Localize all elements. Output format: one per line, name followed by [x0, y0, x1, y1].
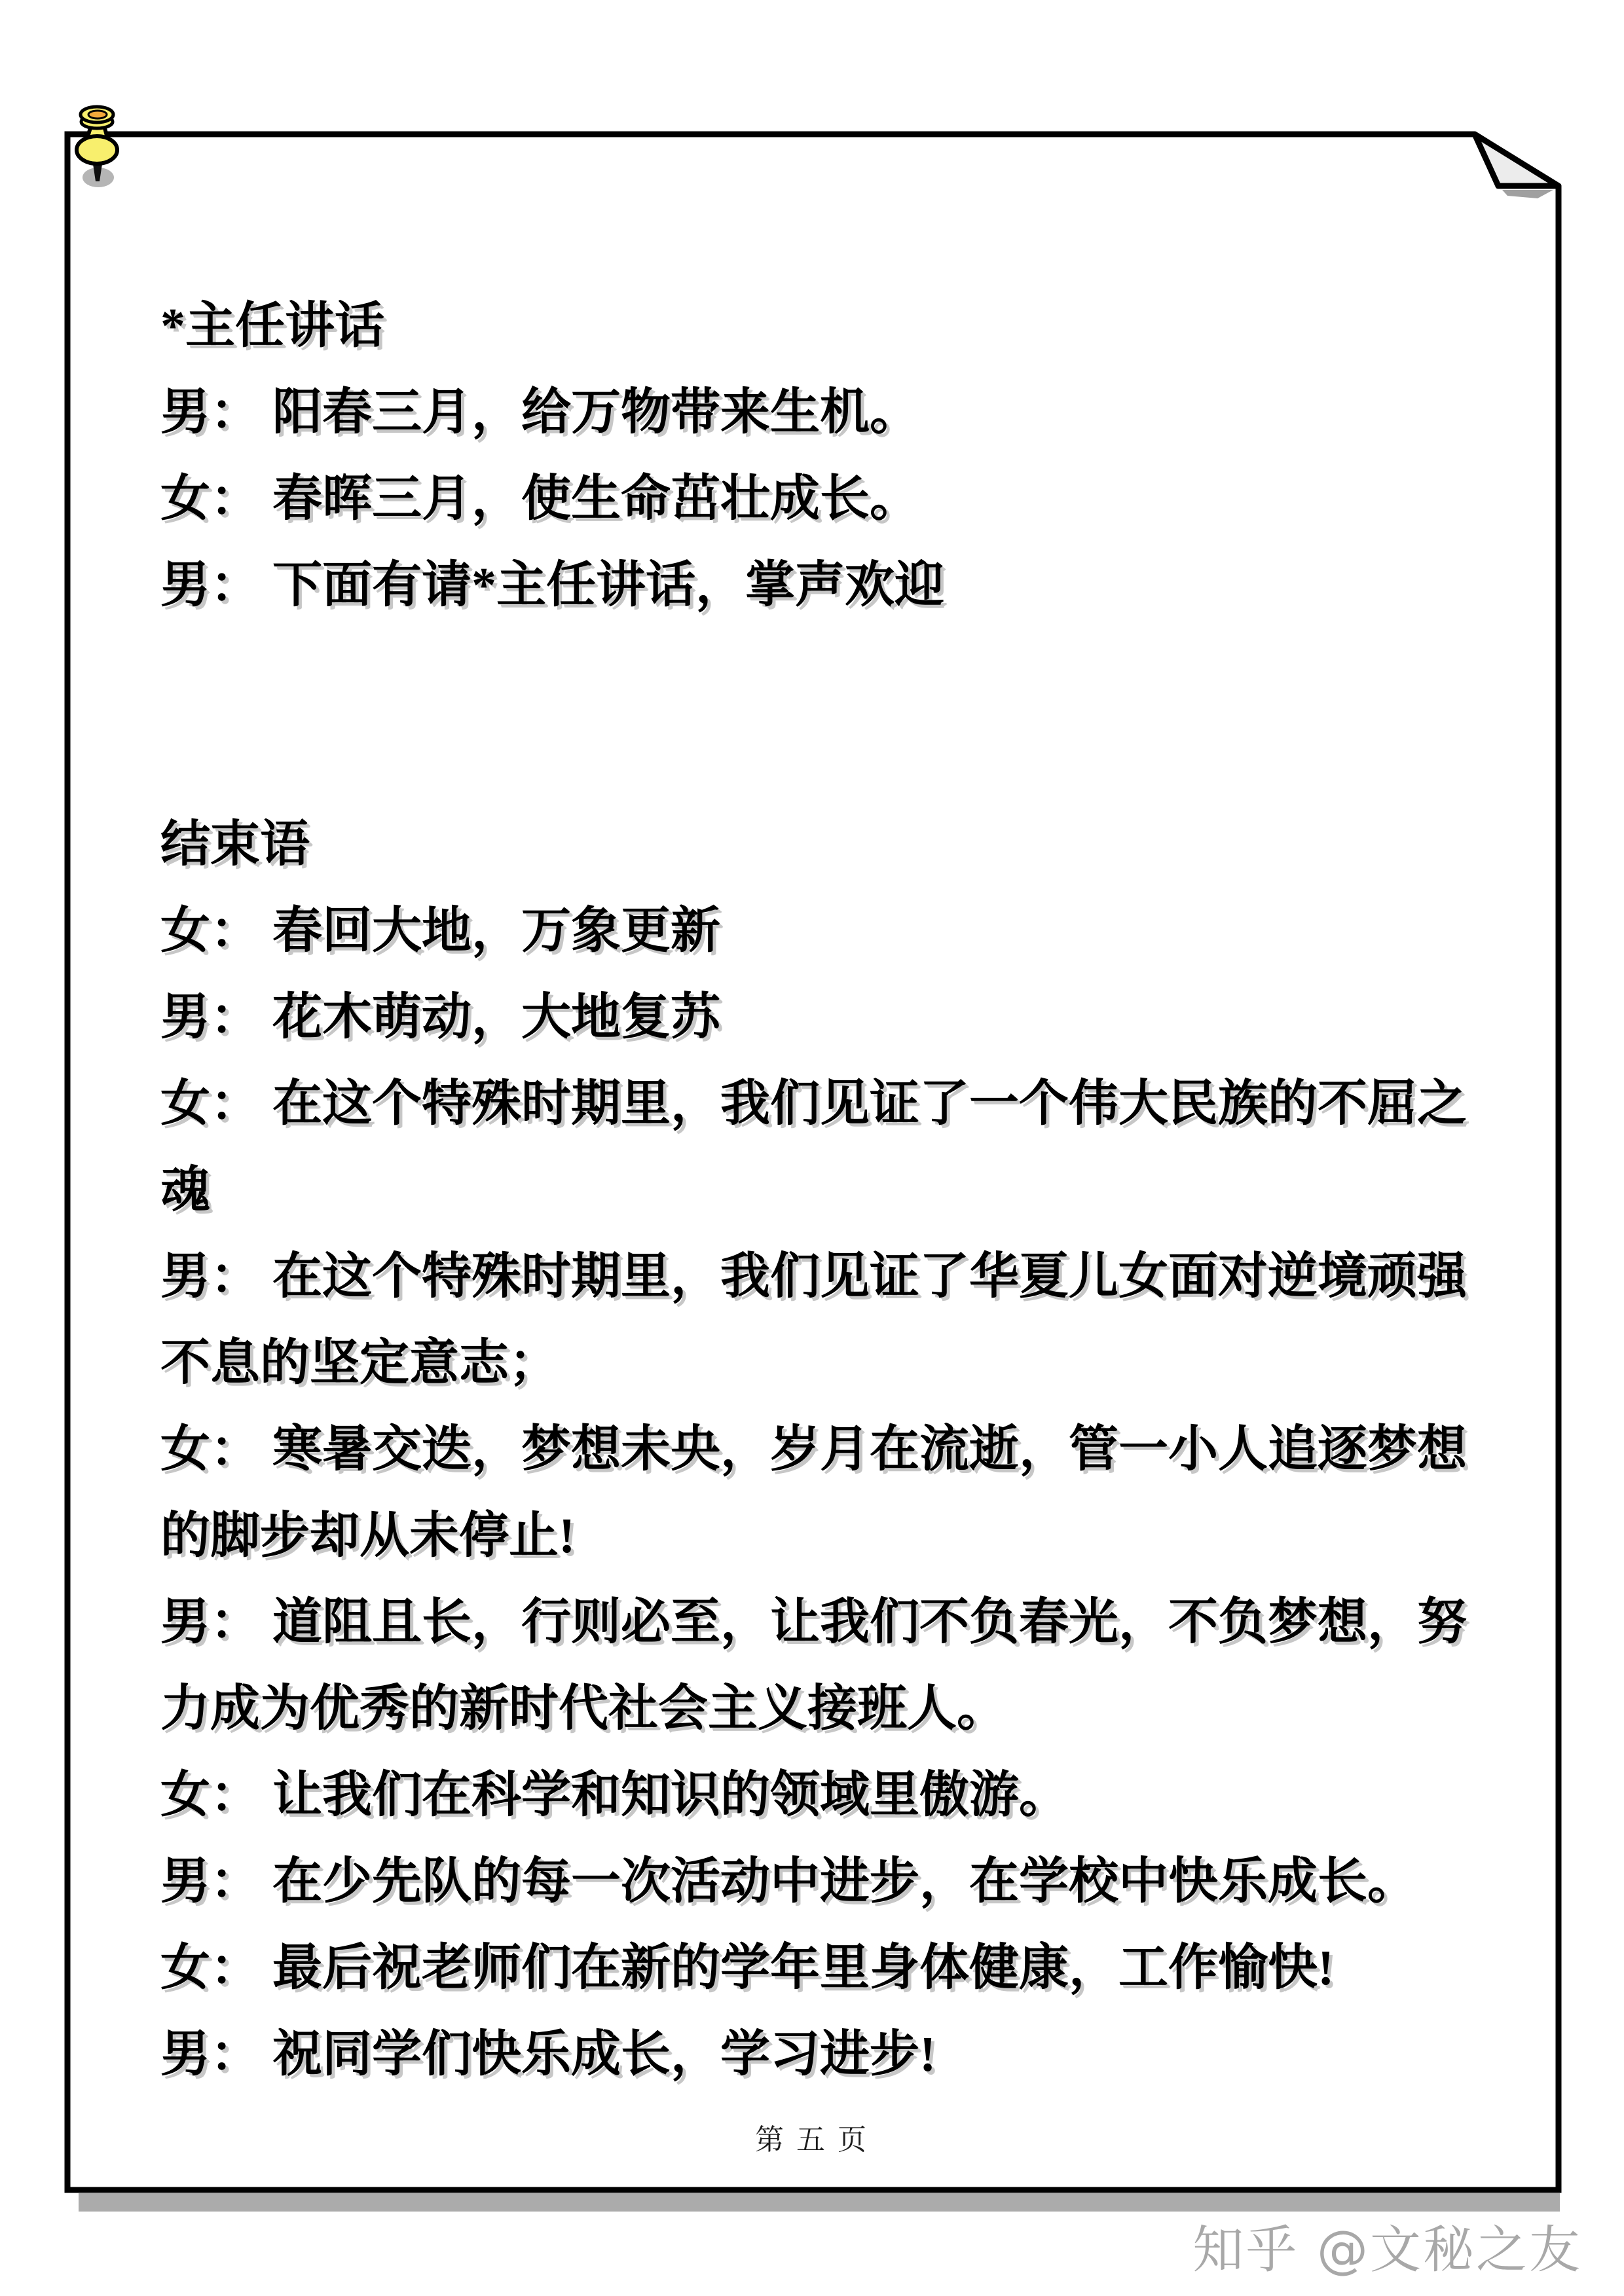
paragraph: 男： 在这个特殊时期里，我们见证了华夏儿女面对逆境顽强不息的坚定意志； — [160, 1233, 1549, 1406]
text-line: 魂 — [160, 1147, 1549, 1233]
text-line: 的脚步却从未停止! — [160, 1493, 1549, 1579]
paragraph: 女： 寒暑交迭，梦想未央，岁月在流逝，管一小人追逐梦想的脚步却从未停止! — [160, 1406, 1549, 1579]
paragraph: 女： 春晖三月，使生命茁壮成长。 — [160, 456, 1549, 542]
text-line: 男： 阳春三月，给万物带来生机。 — [160, 369, 1549, 456]
paragraph: 男： 阳春三月，给万物带来生机。 — [160, 369, 1549, 456]
paragraph: 男： 花木萌动，大地复苏 — [160, 974, 1549, 1061]
text-line: 男： 花木萌动，大地复苏 — [160, 974, 1549, 1061]
watermark: 知乎 @文秘之友 — [1192, 2209, 1582, 2282]
text-line: 女： 在这个特殊时期里，我们见证了一个伟大民族的不屈之 — [160, 1061, 1549, 1147]
folded-corner — [1475, 134, 1559, 186]
paragraph: *主任讲话 — [160, 283, 1549, 369]
paragraph: 女： 春回大地，万象更新 — [160, 888, 1549, 974]
paragraph: 女： 在这个特殊时期里，我们见证了一个伟大民族的不屈之魂 — [160, 1061, 1549, 1233]
text-line: 女： 春回大地，万象更新 — [160, 888, 1549, 974]
text-line: 结束语 — [160, 801, 1549, 888]
text-line: 男： 在少先队的每一次活动中进步，在学校中快乐成长。 — [160, 1838, 1549, 1925]
paragraph: 女： 让我们在科学和知识的领域里傲游。 — [160, 1752, 1549, 1838]
pushpin-cap-center — [88, 111, 107, 118]
paragraph: 男： 下面有请*主任讲话，掌声欢迎 — [160, 542, 1549, 629]
text-line: 男： 在这个特殊时期里，我们见证了华夏儿女面对逆境顽强 — [160, 1233, 1549, 1320]
text-line: *主任讲话 — [160, 283, 1549, 369]
document-body: *主任讲话男： 阳春三月，给万物带来生机。女： 春晖三月，使生命茁壮成长。男： … — [160, 283, 1549, 2098]
paragraph: 男： 在少先队的每一次活动中进步，在学校中快乐成长。 — [160, 1838, 1549, 1925]
text-line: 女： 让我们在科学和知识的领域里傲游。 — [160, 1752, 1549, 1838]
text-line: 男： 道阻且长，行则必至，让我们不负春光，不负梦想，努 — [160, 1579, 1549, 1666]
folded-corner-shadow — [1502, 190, 1553, 198]
text-line: 男： 祝同学们快乐成长，学习进步! — [160, 2011, 1549, 2098]
paragraph: 男： 道阻且长，行则必至，让我们不负春光，不负梦想，努力成为优秀的新时代社会主义… — [160, 1579, 1549, 1752]
text-line: 男： 下面有请*主任讲话，掌声欢迎 — [160, 542, 1549, 629]
paragraph: 男： 祝同学们快乐成长，学习进步! — [160, 2011, 1549, 2098]
paragraph: 女： 最后祝老师们在新的学年里身体健康，工作愉快! — [160, 1925, 1549, 2011]
paragraph: 结束语 — [160, 801, 1549, 888]
pushpin-head — [77, 136, 117, 164]
text-line: 力成为优秀的新时代社会主义接班人。 — [160, 1666, 1549, 1752]
pushpin-icon — [77, 107, 117, 187]
document-page: *主任讲话男： 阳春三月，给万物带来生机。女： 春晖三月，使生命茁壮成长。男： … — [0, 0, 1624, 2296]
page-number: 第 五 页 — [0, 2116, 1624, 2158]
text-line: 女： 最后祝老师们在新的学年里身体健康，工作愉快! — [160, 1925, 1549, 2011]
text-line: 不息的坚定意志； — [160, 1320, 1549, 1406]
text-line: 女： 春晖三月，使生命茁壮成长。 — [160, 456, 1549, 542]
text-line: 女： 寒暑交迭，梦想未央，岁月在流逝，管一小人追逐梦想 — [160, 1406, 1549, 1493]
